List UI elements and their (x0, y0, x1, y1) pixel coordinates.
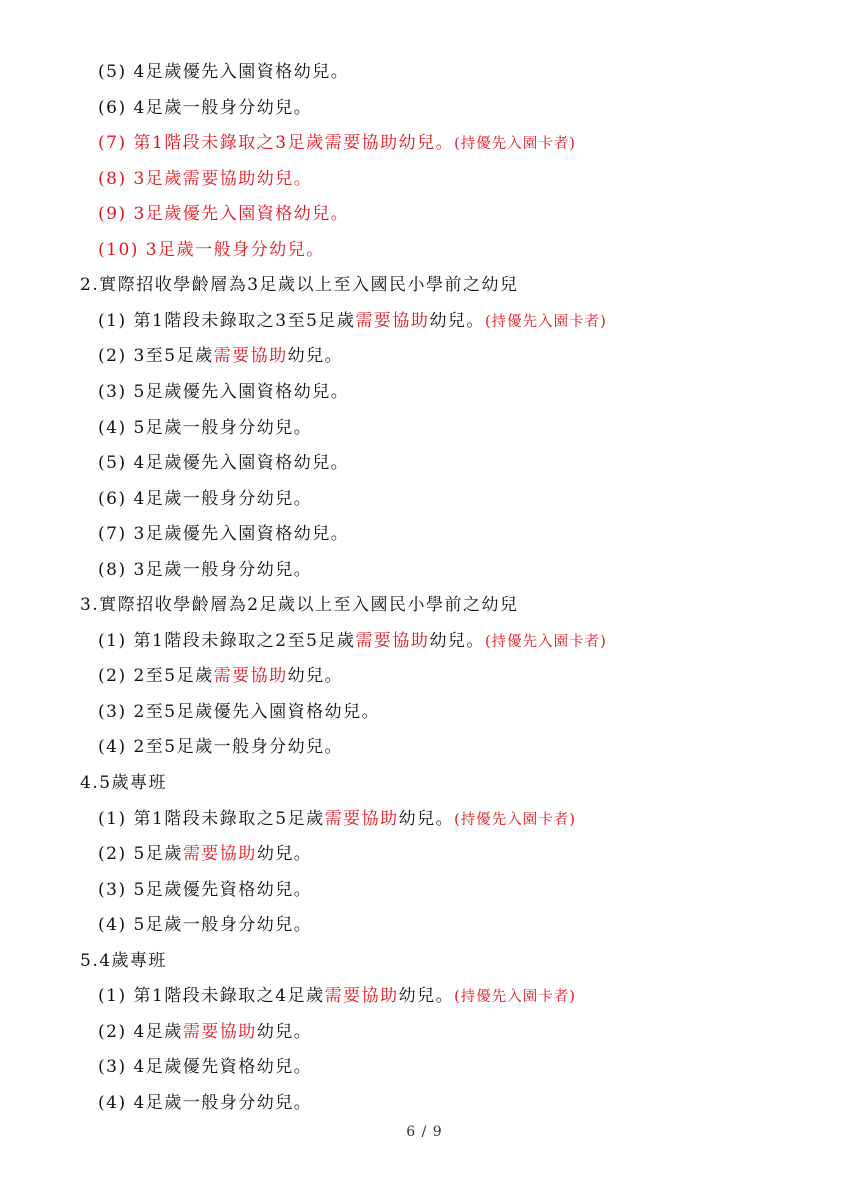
text-segment: 幼兒。 (399, 809, 455, 829)
text-segment: 4.5歲專班 (80, 773, 167, 793)
list-item: (2) 4足歲需要協助幼兒。 (98, 1017, 312, 1047)
list-item: (5) 4足歲優先入園資格幼兒。 (98, 57, 349, 87)
page-number: 6 / 9 (0, 1124, 849, 1140)
text-segment: 幼兒。 (288, 666, 344, 686)
text-segment: (8) 3足歲一般身分幼兒。 (98, 560, 312, 580)
text-segment: (1) 第1階段未錄取之2至5足歲 (98, 631, 355, 651)
list-item: (8) 3足歲需要協助幼兒。 (98, 164, 312, 194)
document-page: (5) 4足歲優先入園資格幼兒。(6) 4足歲一般身分幼兒。(7) 第1階段未錄… (0, 0, 849, 1200)
highlighted-text: 需要協助 (183, 1022, 257, 1042)
text-segment: 幼兒。 (399, 986, 455, 1006)
text-segment: (6) 4足歲一般身分幼兒。 (98, 98, 312, 118)
list-item: (10) 3足歲一般身分幼兒。 (98, 235, 325, 265)
highlighted-text: 需要協助 (325, 809, 399, 829)
text-segment: (4) 5足歲一般身分幼兒。 (98, 915, 312, 935)
list-item: (3) 5足歲優先資格幼兒。 (98, 875, 312, 905)
text-segment: 2.實際招收學齡層為3足歲以上至入國民小學前之幼兒 (80, 275, 519, 295)
highlighted-text: (9) 3足歲優先入園資格幼兒。 (98, 204, 349, 224)
text-segment: (4) 2至5足歲一般身分幼兒。 (98, 737, 343, 757)
list-item: (3) 5足歲優先入園資格幼兒。 (98, 377, 349, 407)
text-segment: (4) 4足歲一般身分幼兒。 (98, 1093, 312, 1113)
list-item: (2) 5足歲需要協助幼兒。 (98, 839, 312, 869)
text-segment: (2) 4足歲 (98, 1022, 183, 1042)
text-segment: 5.4歲專班 (80, 951, 167, 971)
text-segment: 幼兒。 (429, 631, 485, 651)
list-item: (7) 第1階段未錄取之3足歲需要協助幼兒。(持優先入園卡者) (98, 128, 576, 158)
list-item: (3) 2至5足歲優先入園資格幼兒。 (98, 697, 380, 727)
text-segment: (1) 第1階段未錄取之3至5足歲 (98, 311, 355, 331)
priority-card-note: (持優先入園卡者) (485, 634, 607, 650)
text-segment: (3) 5足歲優先資格幼兒。 (98, 880, 312, 900)
list-item: (6) 4足歲一般身分幼兒。 (98, 484, 312, 514)
text-segment: (3) 5足歲優先入園資格幼兒。 (98, 382, 349, 402)
text-segment: (4) 5足歲一般身分幼兒。 (98, 418, 312, 438)
list-item: (4) 5足歲一般身分幼兒。 (98, 413, 312, 443)
list-item: (9) 3足歲優先入園資格幼兒。 (98, 199, 349, 229)
list-item: (2) 3至5足歲需要協助幼兒。 (98, 341, 343, 371)
list-item: (1) 第1階段未錄取之5足歲需要協助幼兒。(持優先入園卡者) (98, 804, 576, 834)
list-item: (8) 3足歲一般身分幼兒。 (98, 555, 312, 585)
highlighted-text: 需要協助 (355, 311, 429, 331)
text-segment: (2) 2至5足歲 (98, 666, 214, 686)
highlighted-text: (10) 3足歲一般身分幼兒。 (98, 240, 325, 260)
text-segment: (2) 5足歲 (98, 844, 183, 864)
highlighted-text: 需要協助 (355, 631, 429, 651)
text-segment: 幼兒。 (288, 346, 344, 366)
section-heading: 2.實際招收學齡層為3足歲以上至入國民小學前之幼兒 (80, 270, 519, 300)
list-item: (1) 第1階段未錄取之2至5足歲需要協助幼兒。(持優先入園卡者) (98, 626, 607, 656)
list-item: (2) 2至5足歲需要協助幼兒。 (98, 661, 343, 691)
text-segment: (7) 3足歲優先入園資格幼兒。 (98, 524, 349, 544)
highlighted-text: (8) 3足歲需要協助幼兒。 (98, 169, 312, 189)
highlighted-text: 需要協助 (183, 844, 257, 864)
priority-card-note: (持優先入園卡者) (454, 989, 576, 1005)
list-item: (4) 4足歲一般身分幼兒。 (98, 1088, 312, 1118)
text-segment: (5) 4足歲優先入園資格幼兒。 (98, 62, 349, 82)
priority-card-note: (持優先入園卡者) (454, 136, 576, 152)
text-segment: 幼兒。 (257, 1022, 313, 1042)
list-item: (6) 4足歲一般身分幼兒。 (98, 93, 312, 123)
priority-card-note: (持優先入園卡者) (454, 812, 576, 828)
list-item: (1) 第1階段未錄取之3至5足歲需要協助幼兒。(持優先入園卡者) (98, 306, 607, 336)
section-heading: 3.實際招收學齡層為2足歲以上至入國民小學前之幼兒 (80, 590, 519, 620)
highlighted-text: (7) 第1階段未錄取之3足歲需要協助幼兒。 (98, 133, 454, 153)
text-segment: (2) 3至5足歲 (98, 346, 214, 366)
text-segment: 幼兒。 (257, 844, 313, 864)
text-segment: (5) 4足歲優先入園資格幼兒。 (98, 453, 349, 473)
section-heading: 4.5歲專班 (80, 768, 167, 798)
list-item: (4) 2至5足歲一般身分幼兒。 (98, 732, 343, 762)
priority-card-note: (持優先入園卡者) (485, 314, 607, 330)
list-item: (5) 4足歲優先入園資格幼兒。 (98, 448, 349, 478)
list-item: (3) 4足歲優先資格幼兒。 (98, 1052, 312, 1082)
section-heading: 5.4歲專班 (80, 946, 167, 976)
text-segment: (3) 4足歲優先資格幼兒。 (98, 1057, 312, 1077)
highlighted-text: 需要協助 (214, 346, 288, 366)
text-segment: 幼兒。 (429, 311, 485, 331)
list-item: (7) 3足歲優先入園資格幼兒。 (98, 519, 349, 549)
text-segment: (1) 第1階段未錄取之4足歲 (98, 986, 325, 1006)
list-item: (4) 5足歲一般身分幼兒。 (98, 910, 312, 940)
list-item: (1) 第1階段未錄取之4足歲需要協助幼兒。(持優先入園卡者) (98, 981, 576, 1011)
text-segment: 3.實際招收學齡層為2足歲以上至入國民小學前之幼兒 (80, 595, 519, 615)
text-segment: (3) 2至5足歲優先入園資格幼兒。 (98, 702, 380, 722)
highlighted-text: 需要協助 (325, 986, 399, 1006)
text-segment: (6) 4足歲一般身分幼兒。 (98, 489, 312, 509)
highlighted-text: 需要協助 (214, 666, 288, 686)
text-segment: (1) 第1階段未錄取之5足歲 (98, 809, 325, 829)
